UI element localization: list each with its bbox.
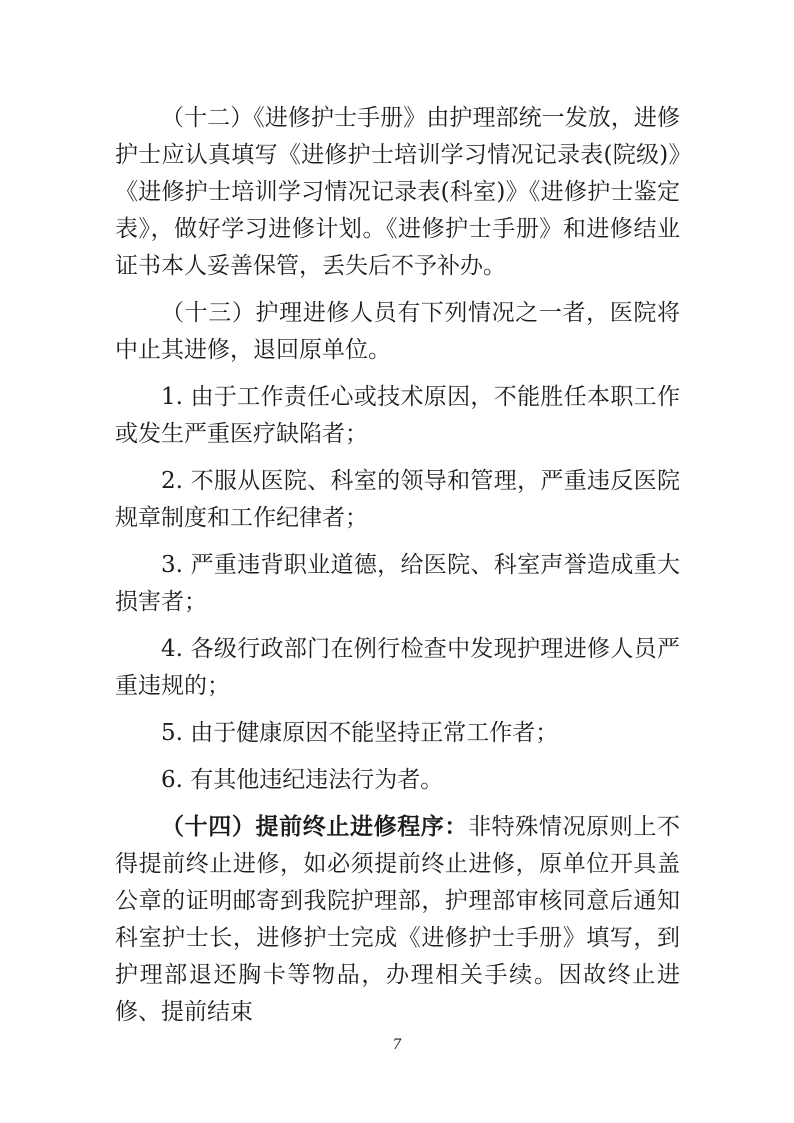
- document-page: （十二）《进修护士手册》由护理部统一发放，进修护士应认真填写《进修护士培训学习情…: [0, 0, 794, 1123]
- paragraph-item-12: （十二）《进修护士手册》由护理部统一发放，进修护士应认真填写《进修护士培训学习情…: [115, 99, 680, 285]
- clause-item-2: 2. 不服从医院、科室的领导和管理，严重违反医院规章制度和工作纪律者；: [115, 462, 680, 537]
- paragraph-item-13: （十三）护理进修人员有下列情况之一者，医院将中止其进修，退回原单位。: [115, 294, 680, 369]
- paragraph-item-14: （十四）提前终止进修程序：非特殊情况原则上不得提前终止进修，如必须提前终止进修，…: [115, 808, 680, 1031]
- paragraph-text: （十二）《进修护士手册》由护理部统一发放，进修护士应认真填写《进修护士培训学习情…: [115, 105, 680, 279]
- paragraph-text: 6. 有其他违纪违法行为者。: [161, 767, 443, 793]
- paragraph-text: 非特殊情况原则上不得提前终止进修，如必须提前终止进修，原单位开具盖公章的证明邮寄…: [115, 814, 680, 1025]
- paragraph-text: 4. 各级行政部门在例行检查中发现护理进修人员严重违规的；: [115, 636, 680, 699]
- clause-item-4: 4. 各级行政部门在例行检查中发现护理进修人员严重违规的；: [115, 630, 680, 705]
- paragraph-text: 1. 由于工作责任心或技术原因，不能胜任本职工作或发生严重医疗缺陷者；: [115, 384, 680, 447]
- paragraph-text: （十三）护理进修人员有下列情况之一者，医院将中止其进修，退回原单位。: [115, 300, 680, 363]
- clause-item-6: 6. 有其他违纪违法行为者。: [115, 761, 680, 799]
- document-body: （十二）《进修护士手册》由护理部统一发放，进修护士应认真填写《进修护士培训学习情…: [115, 99, 680, 1031]
- clause-item-1: 1. 由于工作责任心或技术原因，不能胜任本职工作或发生严重医疗缺陷者；: [115, 378, 680, 453]
- page-number: 7: [393, 1037, 402, 1053]
- clause-item-3: 3. 严重违背职业道德，给医院、科室声誉造成重大损害者；: [115, 546, 680, 621]
- page-footer: 7: [0, 1036, 794, 1054]
- paragraph-text: 3. 严重违背职业道德，给医院、科室声誉造成重大损害者；: [115, 552, 680, 615]
- paragraph-text: 2. 不服从医院、科室的领导和管理，严重违反医院规章制度和工作纪律者；: [115, 468, 680, 531]
- paragraph-text: 5. 由于健康原因不能坚持正常工作者；: [161, 720, 558, 746]
- clause-item-5: 5. 由于健康原因不能坚持正常工作者；: [115, 714, 680, 752]
- paragraph-bold-lead: （十四）提前终止进修程序：: [161, 813, 468, 840]
